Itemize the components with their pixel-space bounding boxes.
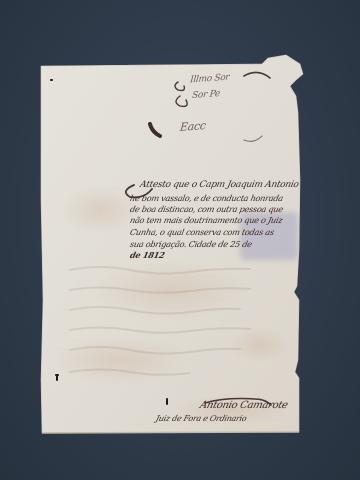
header-line: Eacc [179, 119, 206, 134]
margin-mark [50, 79, 53, 81]
body-line: sua obrigação. Cidade de 25 de [129, 239, 253, 250]
body-line: de boa distincao, com outra pessoa que [129, 204, 284, 215]
body-date: de 1812 [129, 250, 166, 261]
margin-mark [166, 398, 168, 405]
body-line: he bom vassalo, e de conducta honrada [129, 193, 284, 204]
body-line: Attesto que o Capm Joaquim Antonio [139, 180, 300, 191]
margin-mark [56, 374, 58, 381]
manuscript-page: Illmo Sor Sor Pe Eacc Attesto que o Capm… [0, 0, 360, 480]
signature-title: Juiz de Fora e Ordinario [155, 414, 248, 423]
signature-name: Antonio Camarote [199, 400, 289, 411]
header-line: Sor Pe [192, 89, 221, 101]
body-line: Cunha, o qual conserva com todas as [129, 227, 275, 238]
body-line: não tem mais doutrinamento que o Juiz [129, 215, 284, 226]
